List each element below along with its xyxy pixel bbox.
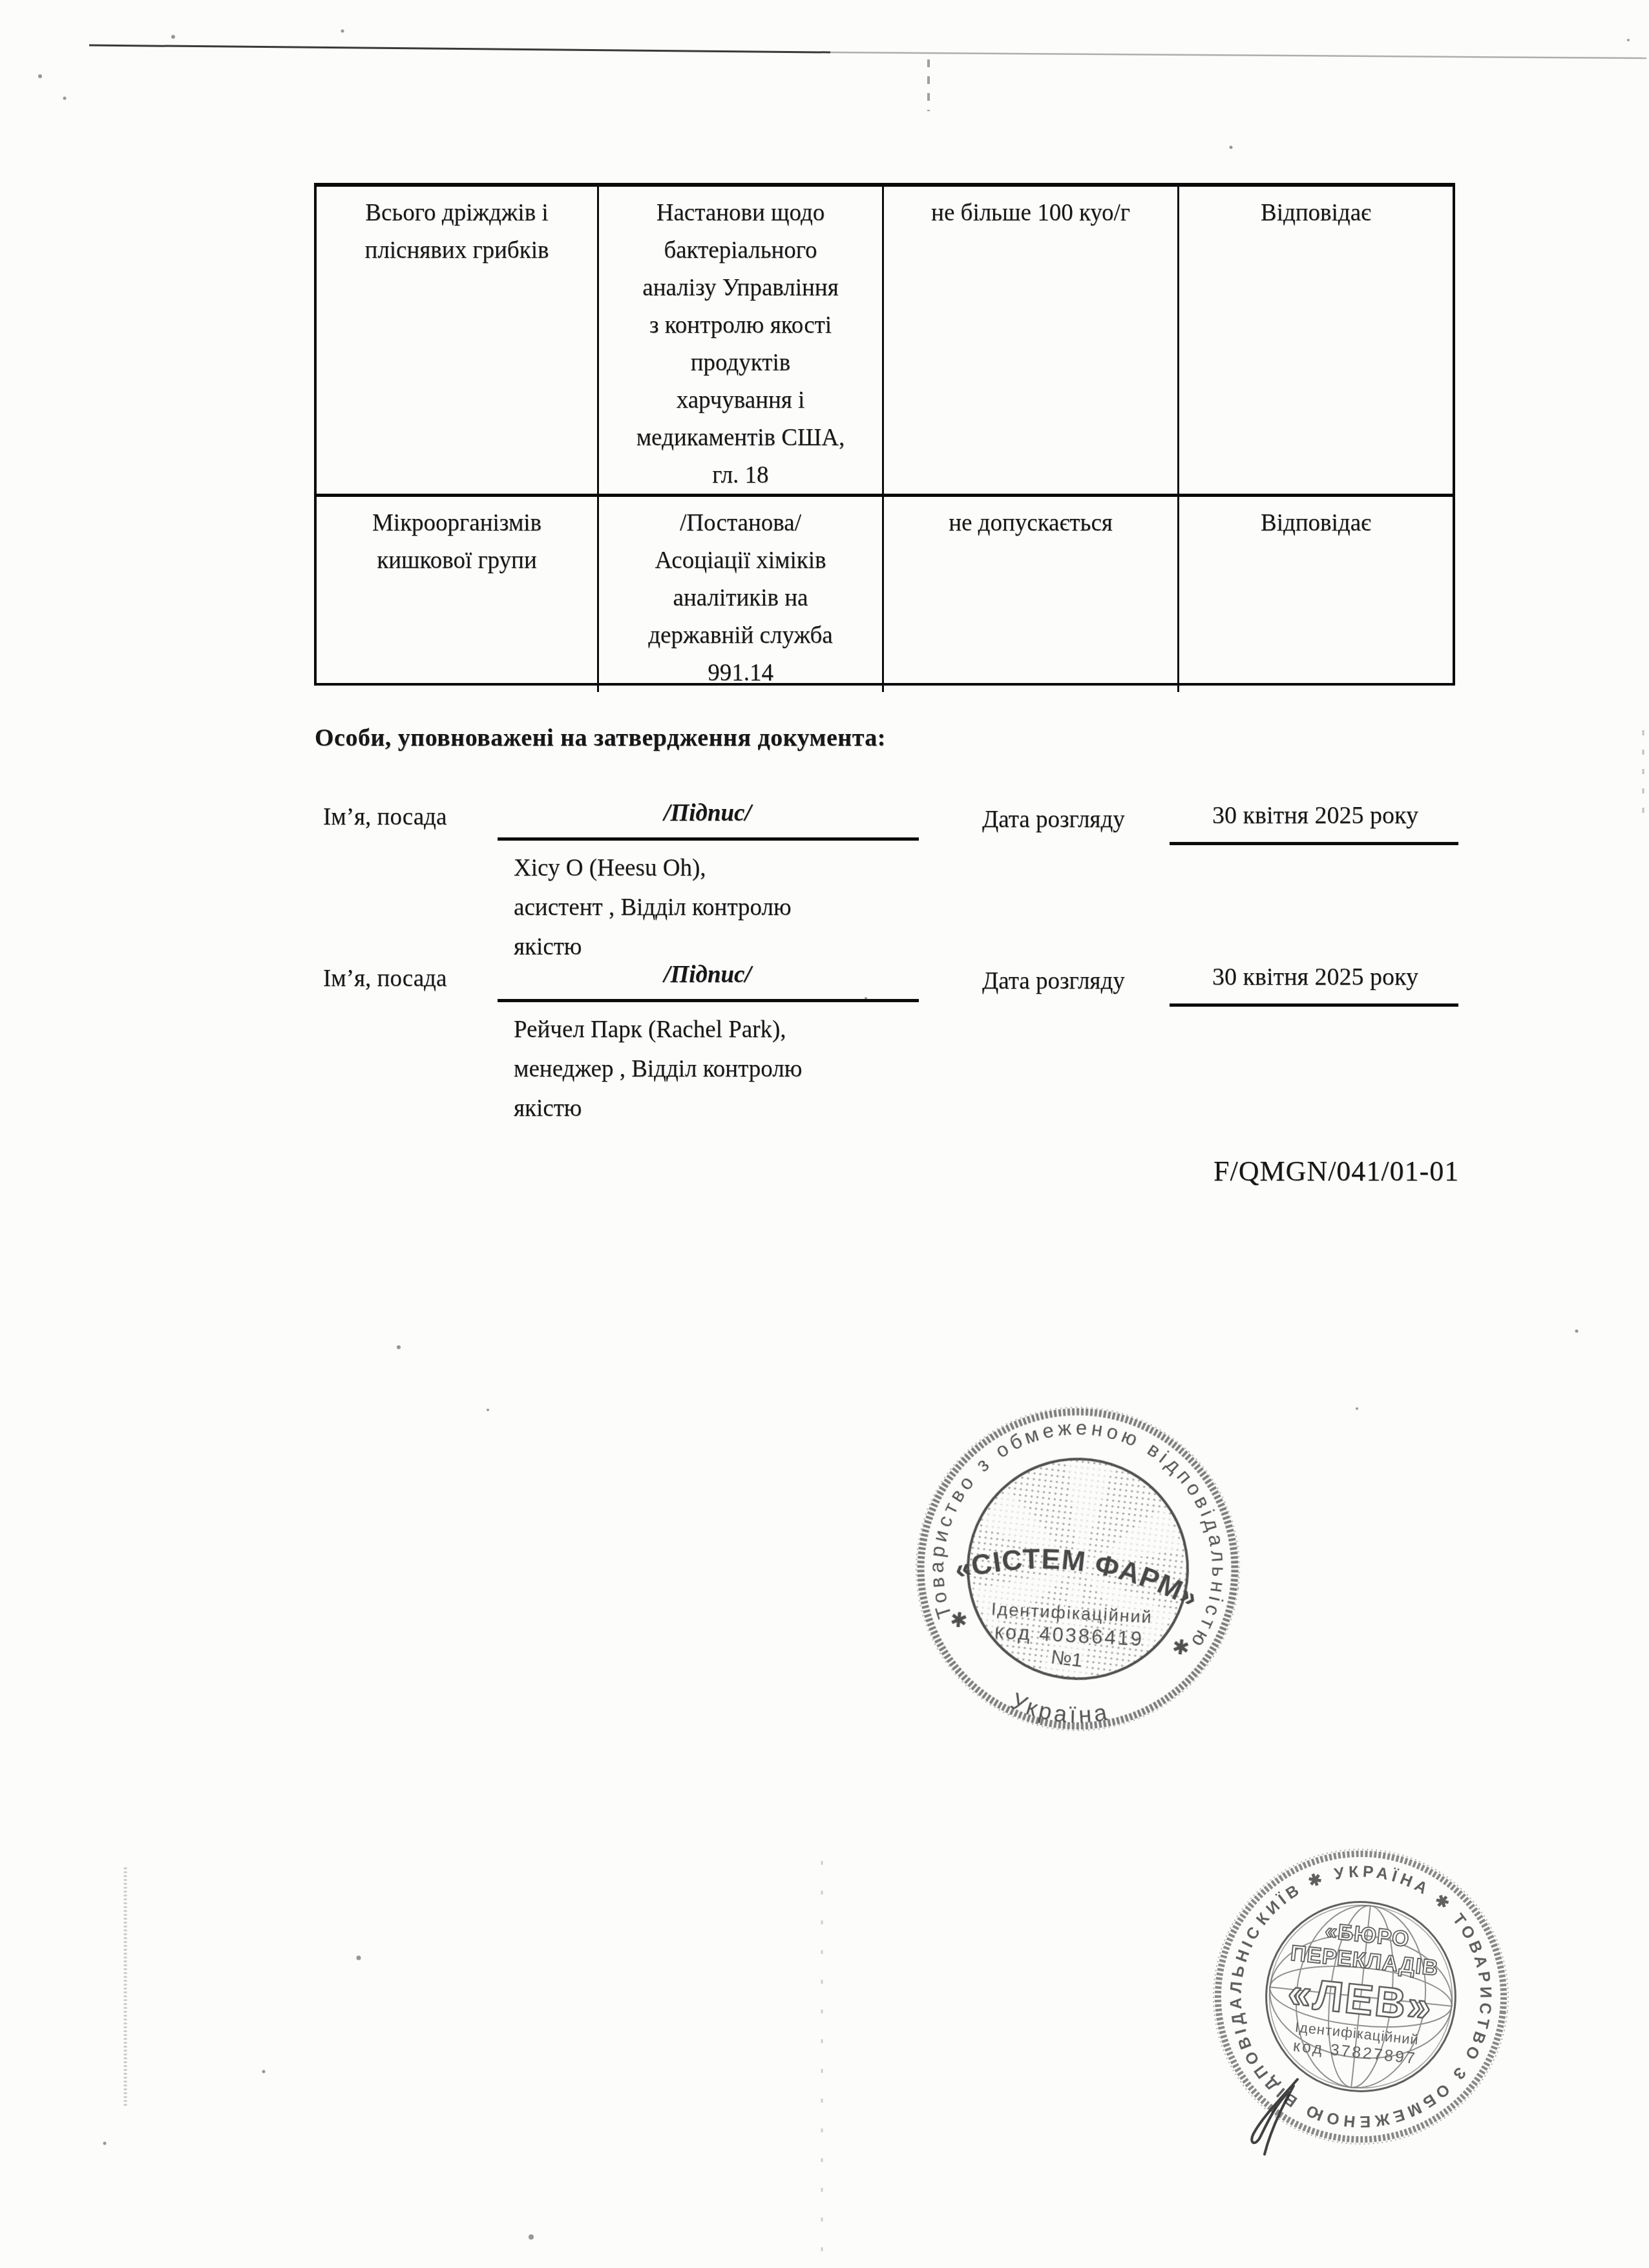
scan-line-faint: [830, 52, 1646, 58]
signature-line: [498, 999, 919, 1002]
stamp-inner-ring: [956, 1447, 1201, 1692]
stamp-id-label: Ідентифікаційний: [1294, 2019, 1420, 2048]
stamp-outer-ring: [903, 1394, 1253, 1744]
signature-line: [498, 837, 919, 841]
approval-heading: Особи, уповноважені на затвердження доку…: [315, 724, 886, 752]
stamp-outer-edge: [898, 1389, 1257, 1748]
stamp-number: №1: [1050, 1646, 1084, 1672]
stamp-bureau-line1: «БЮРО: [1324, 1918, 1411, 1952]
stamp-halftone-disc: [956, 1447, 1201, 1692]
stamp-company-name: «СІСТЕМ ФАРМ»: [948, 1530, 1207, 1615]
spec-table: Всього дріжджів і пліснявих грибків Наст…: [314, 183, 1455, 686]
table-cell-method: /Постанова/ Асоціації хіміків аналітиків…: [599, 497, 884, 692]
stamp-bureau-line2: ПЕРЕКЛАДІВ: [1289, 1941, 1440, 1981]
signature-placeholder: /Підпис/: [498, 961, 918, 989]
star-icon: ✱: [1171, 1635, 1191, 1660]
company-stamp-system-pharm: Товариство з обмеженою відповідальністю …: [890, 1381, 1265, 1756]
globe-icon: [1261, 1896, 1462, 2097]
date-label: Дата розгляду: [982, 967, 1125, 995]
table-cell-parameter: Мікроорганізмів кишкової групи: [317, 497, 599, 692]
scan-line: [89, 45, 830, 52]
signer-label: Ім’я, посада: [323, 803, 446, 831]
table-cell-parameter: Всього дріжджів і пліснявих грибків: [317, 187, 599, 497]
person-name: Хісу О (Heesu Oh), асистент , Відділ кон…: [514, 848, 792, 967]
stamp-id-label: Ідентифікаційний: [991, 1599, 1153, 1627]
date-value: 30 квітня 2025 року: [1171, 801, 1460, 830]
stamp-rays: [964, 1453, 1192, 1685]
table-cell-requirement: не більше 100 куо/г: [884, 187, 1179, 497]
date-label: Дата розгляду: [982, 806, 1125, 834]
stamp-country-text: Україна: [1006, 1686, 1115, 1734]
scanned-document-page: Всього дріжджів і пліснявих грибків Наст…: [0, 0, 1649, 2268]
stamp-id-code: код 37827897: [1292, 2037, 1418, 2068]
date-value: 30 квітня 2025 року: [1171, 963, 1460, 991]
form-code: F/QMGN/041/01-01: [1213, 1155, 1459, 1188]
handwritten-signature: [1235, 2069, 1313, 2163]
date-line: [1170, 1003, 1458, 1007]
stamp-bureau-name: «ЛЕВ»: [1286, 1968, 1436, 2030]
star-icon: ✱: [949, 1608, 969, 1633]
table-cell-method: Настанови щодо бактеріального аналізу Уп…: [599, 187, 884, 497]
person-name: Рейчел Парк (Rachel Park), менеджер , Ві…: [514, 1010, 802, 1128]
table-cell-result: Відповідає: [1179, 497, 1453, 692]
table-cell-requirement: не допускається: [884, 497, 1179, 692]
stamp-ring-text: Товариство з обмеженою відповідальністю: [918, 1399, 1248, 1657]
date-line: [1170, 842, 1458, 845]
signature-placeholder: /Підпис/: [498, 799, 918, 827]
table-cell-result: Відповідає: [1179, 187, 1453, 497]
stamp-inner-edge: [1261, 1896, 1462, 2097]
signer-label: Ім’я, посада: [323, 965, 446, 992]
stamp-id-code: код 40386419: [994, 1620, 1144, 1650]
